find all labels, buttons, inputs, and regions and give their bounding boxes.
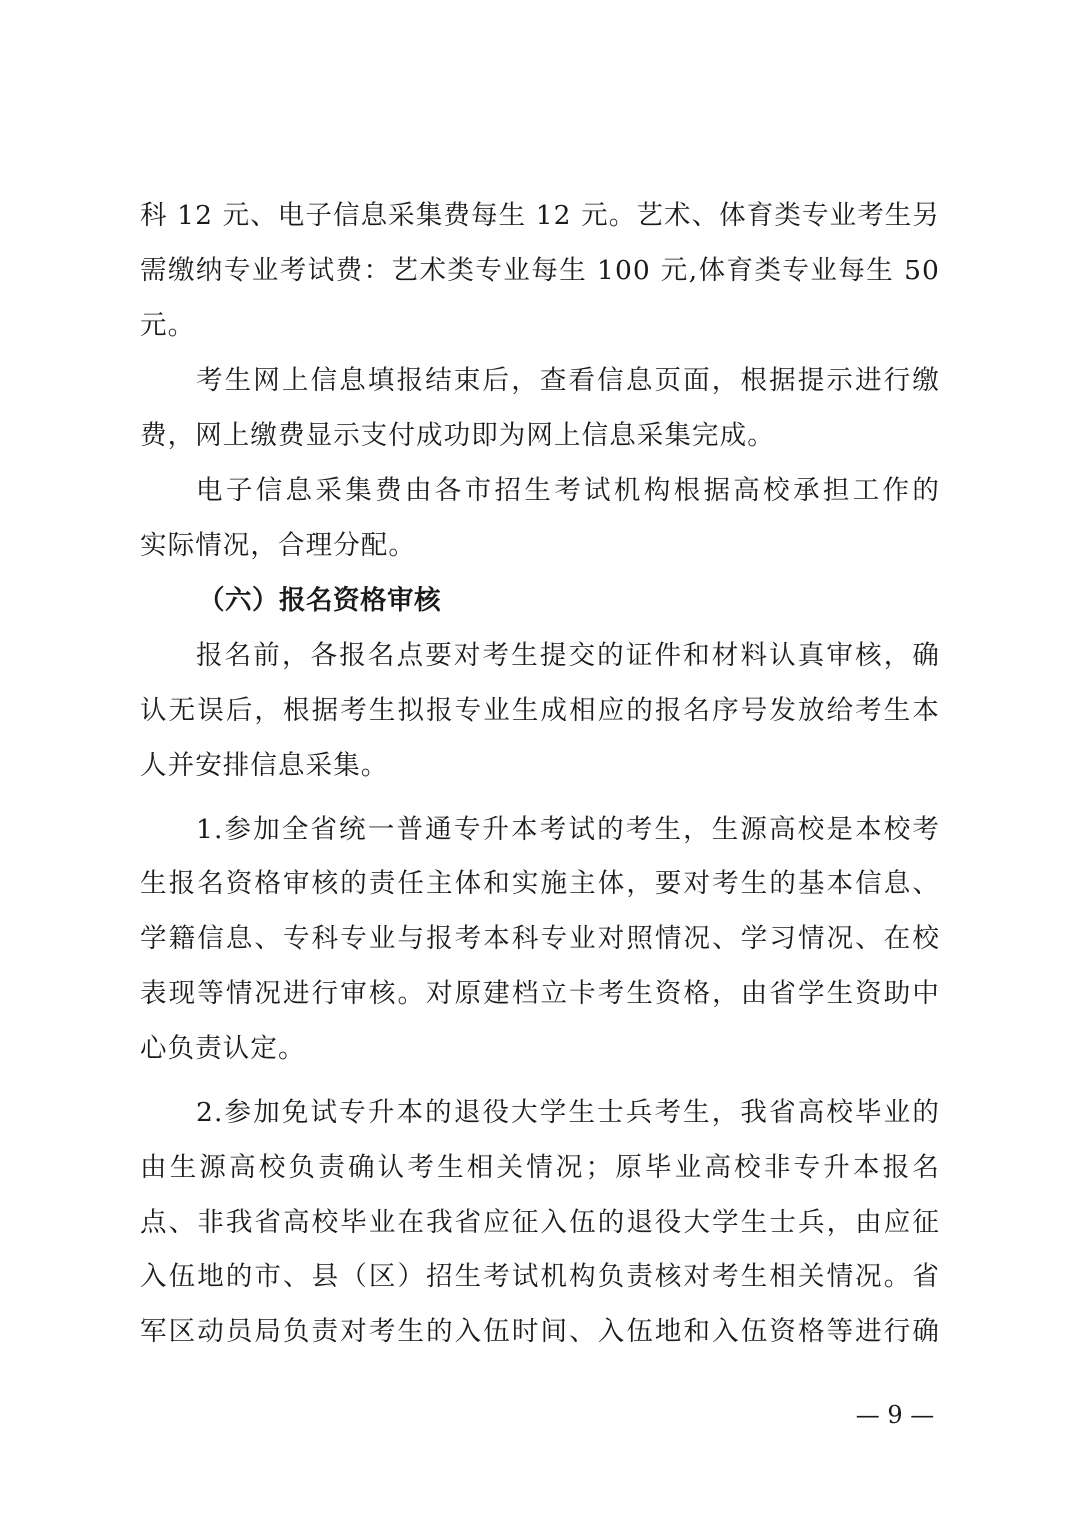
document-page: 科 12 元、电子信息采集费每生 12 元。艺术、体育类专业考生另 需缴纳专业考… <box>0 0 1080 1527</box>
text-line: 1.参加全省统一普通专升本考试的考生，生源高校是本校考 <box>196 810 940 850</box>
text-line: 考生网上信息填报结束后，查看信息页面，根据提示进行缴 <box>196 361 940 401</box>
page-number: — 9 — <box>840 1398 950 1432</box>
text-line: 军区动员局负责对考生的入伍时间、入伍地和入伍资格等进行确 <box>140 1312 940 1352</box>
text-line: 人并安排信息采集。 <box>140 746 940 786</box>
text-line: 电子信息采集费由各市招生考试机构根据高校承担工作的 <box>196 471 940 511</box>
text-line: 入伍地的市、县（区）招生考试机构负责核对考生相关情况。省 <box>140 1257 940 1297</box>
text-line: 表现等情况进行审核。对原建档立卡考生资格，由省学生资助中 <box>140 974 940 1014</box>
text-line: 点、非我省高校毕业在我省应征入伍的退役大学生士兵，由应征 <box>140 1203 940 1243</box>
text-line: 实际情况，合理分配。 <box>140 526 940 566</box>
text-line: 报名前，各报名点要对考生提交的证件和材料认真审核，确 <box>196 636 940 676</box>
text-line: 元。 <box>140 306 940 346</box>
text-line: 2.参加免试专升本的退役大学生士兵考生，我省高校毕业的 <box>196 1093 940 1133</box>
text-line: 学籍信息、专科专业与报考本科专业对照情况、学习情况、在校 <box>140 919 940 959</box>
text-line: 心负责认定。 <box>140 1029 940 1069</box>
section-heading: （六）报名资格审核 <box>198 581 998 621</box>
text-line: 需缴纳专业考试费：艺术类专业每生 100 元,体育类专业每生 50 <box>140 251 940 291</box>
text-line: 认无误后，根据考生拟报专业生成相应的报名序号发放给考生本 <box>140 691 940 731</box>
text-line: 费，网上缴费显示支付成功即为网上信息采集完成。 <box>140 416 940 456</box>
text-line: 生报名资格审核的责任主体和实施主体，要对考生的基本信息、 <box>140 864 940 904</box>
text-line: 科 12 元、电子信息采集费每生 12 元。艺术、体育类专业考生另 <box>140 196 940 236</box>
text-line: 由生源高校负责确认考生相关情况；原毕业高校非专升本报名 <box>140 1148 940 1188</box>
